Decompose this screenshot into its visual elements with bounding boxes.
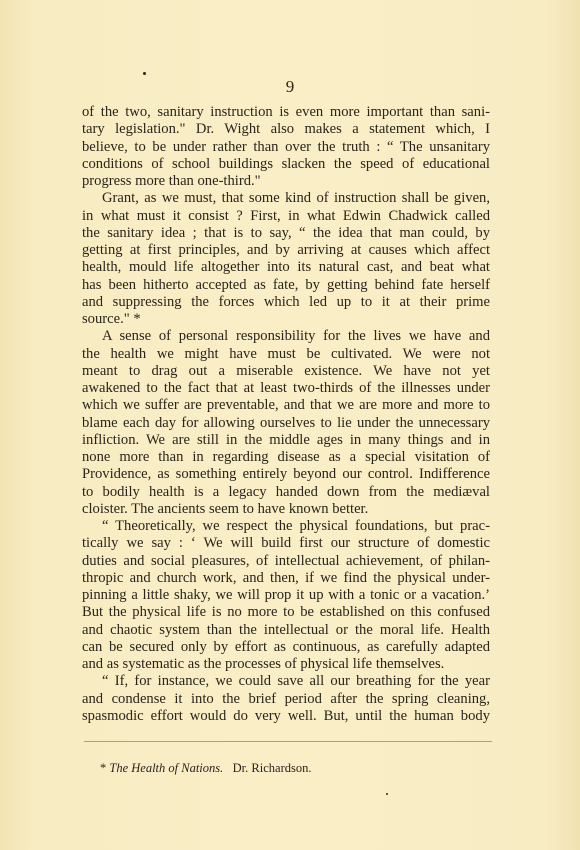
- text-line: progress more than one-third.": [82, 173, 490, 190]
- text-line: awakened to the fact that at least two-t…: [82, 380, 490, 397]
- text-line: and chaotic system than the intellectual…: [82, 622, 490, 639]
- text-line: and condense it into the brief period af…: [82, 691, 490, 708]
- text-line: in what must it consist ? First, in what…: [82, 208, 490, 225]
- text-line: meant to drag out a miserable existence.…: [82, 363, 490, 380]
- print-speck: [386, 793, 388, 795]
- footnote-title: The Health of Nations.: [109, 761, 223, 775]
- text-line: getting at first principles, and by arri…: [82, 242, 490, 259]
- text-line: tary legislation." Dr. Wight also makes …: [82, 121, 490, 138]
- text-line: “ If, for instance, we could save all ou…: [82, 673, 490, 690]
- text-line: and as systematic as the processes of ph…: [82, 656, 490, 673]
- text-line: Providence, as something entirely beyond…: [82, 466, 490, 483]
- text-line: the health we might have must be cultiva…: [82, 346, 490, 363]
- text-line: Grant, as we must, that some kind of ins…: [82, 190, 490, 207]
- book-page: 9 of the two, sanitary instruction is ev…: [0, 0, 580, 850]
- text-line: none more than in regarding disease as a…: [82, 449, 490, 466]
- text-line: the sanitary idea ; that is to say, “ th…: [82, 225, 490, 242]
- text-line: which we suffer are preventable, and tha…: [82, 397, 490, 414]
- text-line: source." *: [82, 311, 490, 328]
- body-text: of the two, sanitary instruction is even…: [82, 104, 490, 725]
- text-line: health, mould life altogether into its n…: [82, 259, 490, 276]
- text-line: of the two, sanitary instruction is even…: [82, 104, 490, 121]
- text-line: A sense of personal responsibility for t…: [82, 328, 490, 345]
- text-line: But the physical life is no more to be e…: [82, 604, 490, 621]
- text-line: has been hitherto accepted as fate, by g…: [82, 277, 490, 294]
- text-line: spasmodic effort would do very well. But…: [82, 708, 490, 725]
- text-line: tically we say : ‘ We will build first o…: [82, 535, 490, 552]
- text-line: conditions of school buildings slacken t…: [82, 156, 490, 173]
- footnote-divider: [84, 741, 492, 742]
- text-line: believe, to be under rather than over th…: [82, 139, 490, 156]
- text-line: to bodily health is a legacy handed down…: [82, 484, 490, 501]
- print-speck: [143, 72, 146, 75]
- footnote-author: Dr. Richardson.: [233, 761, 312, 775]
- text-line: “ Theoretically, we respect the physical…: [82, 518, 490, 535]
- text-line: thropic and church work, and then, if we…: [82, 570, 490, 587]
- text-line: cloister. The ancients seem to have know…: [82, 501, 490, 518]
- footnote-marker: *: [100, 761, 106, 775]
- text-line: duties and social pleasures, of intellec…: [82, 553, 490, 570]
- page-number: 9: [0, 77, 580, 97]
- footnote: * The Health of Nations. Dr. Richardson.: [100, 761, 311, 776]
- text-line: blame each day for allowing ourselves to…: [82, 415, 490, 432]
- text-line: can be secured only by effort as continu…: [82, 639, 490, 656]
- text-line: pinning a little shaky, we will prop it …: [82, 587, 490, 604]
- text-line: infliction. We are still in the middle a…: [82, 432, 490, 449]
- text-line: and suppressing the forces which led up …: [82, 294, 490, 311]
